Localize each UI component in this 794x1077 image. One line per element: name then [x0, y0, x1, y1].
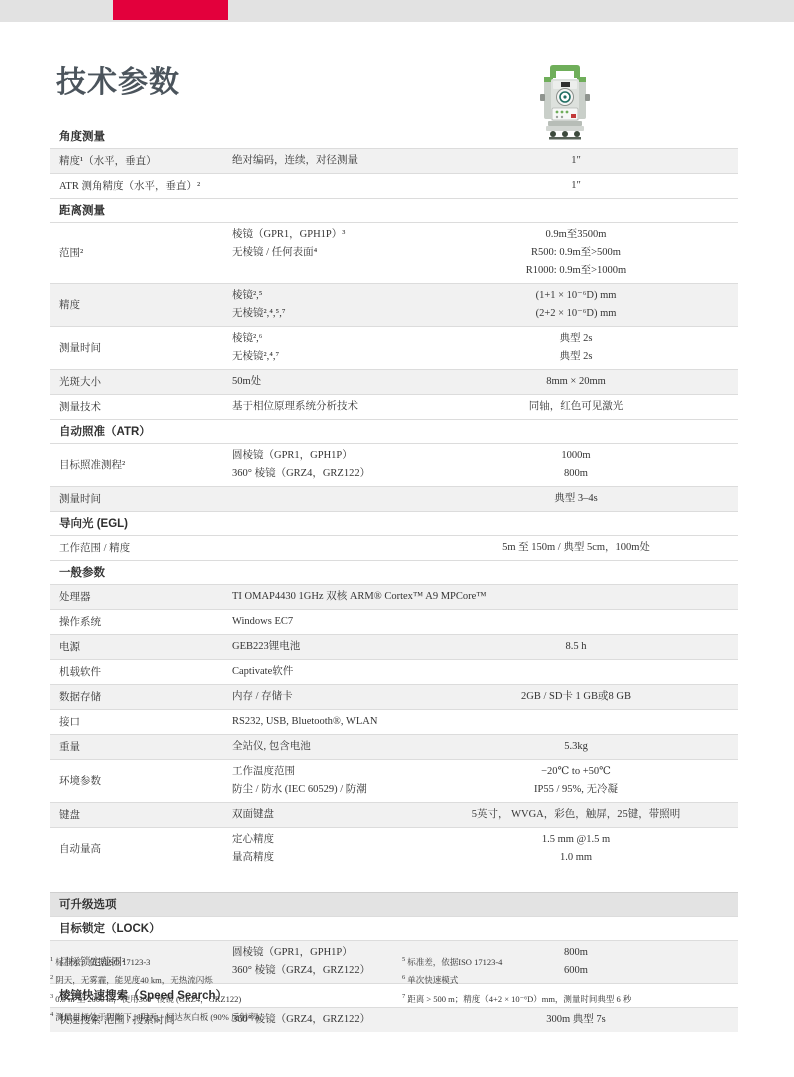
row-mid-cell: 全站仪, 包含电池 [224, 738, 414, 756]
row-value-cell: 8.5 h [414, 638, 738, 656]
row-label: 测量技术 [50, 400, 224, 415]
row-mid-cell: RS232, USB, Bluetooth®, WLAN [224, 713, 414, 731]
row-label: 光斑大小 [50, 375, 224, 390]
row-mid-cell: 绝对编码，连续，对径测量 [224, 152, 414, 170]
section-header: 目标锁定（LOCK） [50, 916, 738, 940]
row-label: 机载软件 [50, 665, 224, 680]
row-value-cell: 1.5 mm @1.5 m1.0 mm [414, 831, 738, 867]
row-mid-cell [224, 539, 414, 557]
spec-row: 精度棱镜²,⁵无棱镜²,⁴,⁵,⁷(1+1 × 10⁻⁶D) mm(2+2 × … [50, 283, 738, 326]
footnote: 6单次快速模式 [402, 970, 631, 988]
row-mid-cell: TI OMAP4430 1GHz 双核 ARM® Cortex™ A9 MPCo… [224, 588, 414, 606]
section-header: 自动照准（ATR） [50, 419, 738, 443]
row-value-cell: 0.9m至3500mR500: 0.9m至>500mR1000: 0.9m至>1… [414, 226, 738, 280]
row-label: 工作范围 / 精度 [50, 541, 224, 556]
value-line: 2GB / SD卡 1 GB或8 GB [414, 688, 738, 706]
row-label: ATR 测角精度（水平，垂直）² [50, 179, 224, 194]
value-line: −20℃ to +50℃ [414, 763, 738, 781]
row-label: 键盘 [50, 808, 224, 823]
row-value-cell: 典型 3–4s [414, 490, 738, 508]
value-line: 5.3kg [414, 738, 738, 756]
spec-row: 测量技术基于相位原理系统分析技术同轴，红色可见激光 [50, 394, 738, 419]
row-mid-cell: GEB223锂电池 [224, 638, 414, 656]
section-header: 可升级选项 [50, 892, 738, 916]
spec-row: 精度¹（水平，垂直）绝对编码，连续，对径测量1″ [50, 148, 738, 173]
value-line: 1″ [414, 177, 738, 195]
footnote-number: 7 [402, 993, 405, 1000]
row-value-cell [414, 613, 738, 631]
row-mid-cell [224, 177, 414, 195]
spec-row: 范围²棱镜（GPR1，GPH1P）³无棱镜 / 任何表面⁴0.9m至3500mR… [50, 222, 738, 283]
value-line: 1″ [414, 152, 738, 170]
footnote: 4测量目标处于阴影下，阴天，柯达灰白板 (90% 反射率) [50, 1007, 402, 1025]
value-line: R500: 0.9m至>500m [414, 244, 738, 262]
row-mid-cell: 50m处 [224, 373, 414, 391]
footnotes-right: 5标准差，依据ISO 17123-46单次快速模式7距离 > 500 m；精度（… [402, 952, 631, 1025]
mid-line: 工作温度范围 [232, 763, 414, 781]
spec-row: 测量时间典型 3–4s [50, 486, 738, 511]
value-line: 1.0 mm [414, 849, 738, 867]
row-mid-cell: Captivate软件 [224, 663, 414, 681]
footnote-number: 5 [402, 956, 405, 963]
brand-red-block [113, 0, 228, 20]
footnote: 2阴天，无雾霾，能见度40 km，无热流闪烁 [50, 970, 402, 988]
footnote-number: 3 [50, 993, 53, 1000]
value-line: (2+2 × 10⁻⁶D) mm [414, 305, 738, 323]
mid-line: 基于相位原理系统分析技术 [232, 398, 414, 416]
row-label: 电源 [50, 640, 224, 655]
row-label: 目标照准测程² [50, 458, 224, 473]
value-line: 同轴，红色可见激光 [414, 398, 738, 416]
row-label: 处理器 [50, 590, 224, 605]
mid-line: 量高精度 [232, 849, 414, 867]
section-header: 角度测量 [50, 125, 738, 148]
row-mid-cell: 内存 / 存储卡 [224, 688, 414, 706]
row-mid-cell: 棱镜（GPR1，GPH1P）³无棱镜 / 任何表面⁴ [224, 226, 414, 280]
section-header: 一般参数 [50, 560, 738, 584]
row-label: 接口 [50, 715, 224, 730]
footnote: 5标准差，依据ISO 17123-4 [402, 952, 631, 970]
row-label: 范围² [50, 246, 224, 261]
value-line: 5英寸， WVGA，彩色，触屏，25键，带照明 [414, 806, 738, 824]
section-header: 导向光 (EGL) [50, 511, 738, 535]
mid-line: Windows EC7 [232, 613, 414, 631]
mid-line: 无棱镜²,⁴,⁷ [232, 348, 414, 366]
mid-line: RS232, USB, Bluetooth®, WLAN [232, 713, 414, 731]
footnotes-left: 1标准差，依据ISO 17123-32阴天，无雾霾，能见度40 km，无热流闪烁… [50, 952, 402, 1025]
spec-row: 目标照准测程²圆棱镜（GPR1，GPH1P）360° 棱镜（GRZ4，GRZ12… [50, 443, 738, 486]
value-line: 8mm × 20mm [414, 373, 738, 391]
row-label: 环境参数 [50, 774, 224, 789]
value-line: 典型 3–4s [414, 490, 738, 508]
spec-row: 环境参数工作温度范围防尘 / 防水 (IEC 60529) / 防潮−20℃ t… [50, 759, 738, 802]
spec-row: 机载软件Captivate软件 [50, 659, 738, 684]
footnote-number: 2 [50, 974, 53, 981]
mid-line: TI OMAP4430 1GHz 双核 ARM® Cortex™ A9 MPCo… [232, 588, 414, 606]
mid-line: 防尘 / 防水 (IEC 60529) / 防潮 [232, 781, 414, 799]
mid-line: 无棱镜²,⁴,⁵,⁷ [232, 305, 414, 323]
footnotes: 1标准差，依据ISO 17123-32阴天，无雾霾，能见度40 km，无热流闪烁… [50, 952, 750, 1025]
row-mid-cell: 圆棱镜（GPR1，GPH1P）360° 棱镜（GRZ4，GRZ122） [224, 447, 414, 483]
row-label: 数据存储 [50, 690, 224, 705]
mid-line: GEB223锂电池 [232, 638, 414, 656]
spec-table: 角度测量精度¹（水平，垂直）绝对编码，连续，对径测量1″ATR 测角精度（水平，… [50, 125, 738, 1032]
row-value-cell: 1000m800m [414, 447, 738, 483]
mid-line: 棱镜²,⁵ [232, 287, 414, 305]
row-mid-cell: 定心精度量高精度 [224, 831, 414, 867]
row-value-cell: 5.3kg [414, 738, 738, 756]
spec-row: 光斑大小50m处8mm × 20mm [50, 369, 738, 394]
row-value-cell: 1″ [414, 152, 738, 170]
value-line: 0.9m至3500m [414, 226, 738, 244]
spec-row: 自动量高定心精度量高精度1.5 mm @1.5 m1.0 mm [50, 827, 738, 870]
footnote: 30.9 m 至 2000 m，使用360° 棱镜 (GRZ4，GRZ122) [50, 989, 402, 1007]
row-value-cell [414, 588, 738, 606]
row-mid-cell [224, 490, 414, 508]
spec-row: 电源GEB223锂电池8.5 h [50, 634, 738, 659]
footnote: 1标准差，依据ISO 17123-3 [50, 952, 402, 970]
row-label: 测量时间 [50, 341, 224, 356]
mid-line: 双面键盘 [232, 806, 414, 824]
value-line: 800m [414, 465, 738, 483]
row-value-cell: 8mm × 20mm [414, 373, 738, 391]
value-line: (1+1 × 10⁻⁶D) mm [414, 287, 738, 305]
row-value-cell: −20℃ to +50℃IP55 / 95%, 无冷凝 [414, 763, 738, 799]
mid-line: 绝对编码，连续，对径测量 [232, 152, 414, 170]
row-label: 重量 [50, 740, 224, 755]
value-line: 5m 至 150m / 典型 5cm，100m处 [414, 539, 738, 557]
mid-line: 定心精度 [232, 831, 414, 849]
row-mid-cell: Windows EC7 [224, 613, 414, 631]
spec-row: 重量全站仪, 包含电池5.3kg [50, 734, 738, 759]
spec-row: 工作范围 / 精度5m 至 150m / 典型 5cm，100m处 [50, 535, 738, 560]
footnote-number: 4 [50, 1011, 53, 1018]
mid-line: 50m处 [232, 373, 414, 391]
table-gap [50, 870, 738, 892]
value-line: 8.5 h [414, 638, 738, 656]
value-line: R1000: 0.9m至>1000m [414, 262, 738, 280]
value-line: 1.5 mm @1.5 m [414, 831, 738, 849]
page-title: 技术参数 [56, 57, 180, 101]
row-label: 精度¹（水平，垂直） [50, 154, 224, 169]
mid-line: 棱镜²,⁶ [232, 330, 414, 348]
row-value-cell [414, 713, 738, 731]
row-mid-cell: 双面键盘 [224, 806, 414, 824]
row-value-cell: 5英寸， WVGA，彩色，触屏，25键，带照明 [414, 806, 738, 824]
mid-line: 360° 棱镜（GRZ4，GRZ122） [232, 465, 414, 483]
row-label: 操作系统 [50, 615, 224, 630]
spec-row: 操作系统Windows EC7 [50, 609, 738, 634]
spec-row: 接口RS232, USB, Bluetooth®, WLAN [50, 709, 738, 734]
spec-row: 处理器TI OMAP4430 1GHz 双核 ARM® Cortex™ A9 M… [50, 584, 738, 609]
spec-row: 键盘双面键盘5英寸， WVGA，彩色，触屏，25键，带照明 [50, 802, 738, 827]
row-label: 自动量高 [50, 842, 224, 857]
footnote-number: 1 [50, 956, 53, 963]
mid-line: 全站仪, 包含电池 [232, 738, 414, 756]
row-mid-cell: 棱镜²,⁶无棱镜²,⁴,⁷ [224, 330, 414, 366]
row-mid-cell: 基于相位原理系统分析技术 [224, 398, 414, 416]
row-mid-cell: 工作温度范围防尘 / 防水 (IEC 60529) / 防潮 [224, 763, 414, 799]
value-line: 典型 2s [414, 348, 738, 366]
row-label: 精度 [50, 298, 224, 313]
value-line: 典型 2s [414, 330, 738, 348]
footnote-number: 6 [402, 974, 405, 981]
row-value-cell: 同轴，红色可见激光 [414, 398, 738, 416]
row-value-cell [414, 663, 738, 681]
row-label: 测量时间 [50, 492, 224, 507]
spec-sheet-page: 技术参数 [0, 0, 794, 1077]
row-value-cell: 2GB / SD卡 1 GB或8 GB [414, 688, 738, 706]
mid-line: 棱镜（GPR1，GPH1P）³ [232, 226, 414, 244]
value-line: IP55 / 95%, 无冷凝 [414, 781, 738, 799]
spec-row: ATR 测角精度（水平，垂直）²1″ [50, 173, 738, 198]
mid-line: 圆棱镜（GPR1，GPH1P） [232, 447, 414, 465]
row-mid-cell: 棱镜²,⁵无棱镜²,⁴,⁵,⁷ [224, 287, 414, 323]
mid-line: Captivate软件 [232, 663, 414, 681]
value-line: 1000m [414, 447, 738, 465]
mid-line: 无棱镜 / 任何表面⁴ [232, 244, 414, 262]
spec-row: 测量时间棱镜²,⁶无棱镜²,⁴,⁷典型 2s典型 2s [50, 326, 738, 369]
row-value-cell: 1″ [414, 177, 738, 195]
row-value-cell: (1+1 × 10⁻⁶D) mm(2+2 × 10⁻⁶D) mm [414, 287, 738, 323]
row-value-cell: 5m 至 150m / 典型 5cm，100m处 [414, 539, 738, 557]
row-value-cell: 典型 2s典型 2s [414, 330, 738, 366]
footnote: 7距离 > 500 m；精度（4+2 × 10⁻⁶D）mm，测量时间典型 6 秒 [402, 989, 631, 1007]
spec-row: 数据存储内存 / 存储卡2GB / SD卡 1 GB或8 GB [50, 684, 738, 709]
section-header: 距离测量 [50, 198, 738, 222]
mid-line: 内存 / 存储卡 [232, 688, 414, 706]
